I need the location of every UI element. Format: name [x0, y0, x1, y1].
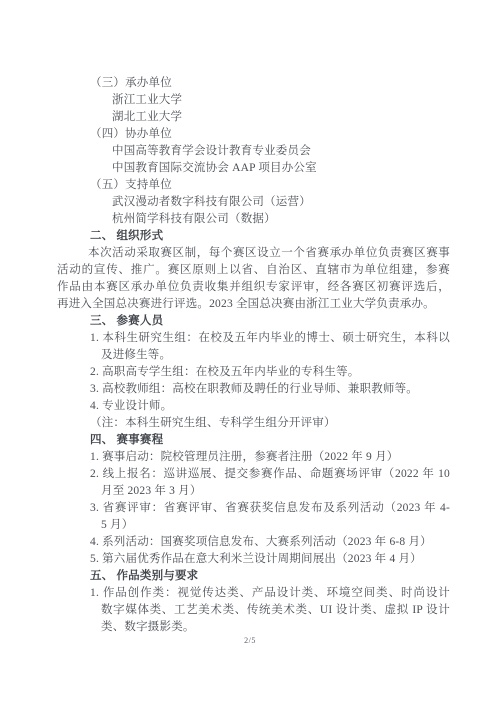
- text-line: 3. 省赛评审：省赛评审、省赛获奖信息发布及系列活动（2023 年 4-: [90, 500, 450, 517]
- text-line: （五）支持单位: [90, 177, 450, 194]
- text-line: 杭州简学科技有限公司（数据）: [112, 211, 450, 228]
- text-line: 中国高等教育学会设计教育专业委员会: [112, 143, 450, 160]
- text-line: 5. 第六届优秀作品在意大利米兰设计周期间展出（2023 年 4 月）: [90, 551, 450, 568]
- text-line: 2. 高职高专学生组：在校及五年内毕业的专科生等。: [90, 364, 450, 381]
- page-number: 2/5: [0, 636, 500, 645]
- text-line: （三）承办单位: [90, 75, 450, 92]
- text-line: 及进修生等。: [101, 347, 450, 364]
- document-body: （三）承办单位浙江工业大学湖北工业大学（四）协办单位中国高等教育学会设计教育专业…: [57, 75, 450, 636]
- text-line: 再进入全国总决赛进行评选。2023 全国总决赛由浙江工业大学负责承办。: [57, 296, 450, 313]
- text-line: （注：本科生研究生组、专科学生组分开评审）: [90, 415, 450, 432]
- text-line: 类、数字摄影类。: [101, 619, 450, 636]
- text-line: 1. 本科生研究生组：在校及五年内毕业的博士、硕士研究生，本科以: [90, 330, 450, 347]
- text-line: 3. 高校教师组：高校在职教师及聘任的行业导师、兼职教师等。: [90, 381, 450, 398]
- text-line: 武汉漫动者数字科技有限公司（运营）: [112, 194, 450, 211]
- text-line: 三、 参赛人员: [90, 313, 450, 330]
- text-line: 二、 组织形式: [90, 228, 450, 245]
- text-line: 1. 作品创作类：视觉传达类、产品设计类、环境空间类、时尚设计类、: [90, 585, 450, 602]
- text-line: 4. 专业设计师。: [90, 398, 450, 415]
- text-line: （四）协办单位: [90, 126, 450, 143]
- text-line: 四、 赛事赛程: [90, 432, 450, 449]
- text-line: 数字媒体类、工艺美术类、传统美术类、UI 设计类、虚拟 IP 设计: [101, 602, 450, 619]
- text-line: 2. 线上报名：巡讲巡展、提交参赛作品、命题赛场评审（2022 年 10: [90, 466, 450, 483]
- text-line: 月至 2023 年 3 月）: [101, 483, 450, 500]
- text-line: 4. 系列活动：国赛奖项信息发布、大赛系列活动（2023 年 6-8 月）: [90, 534, 450, 551]
- text-line: 本次活动采取赛区制，每个赛区设立一个省赛承办单位负责赛区赛事: [88, 245, 450, 262]
- text-line: 浙江工业大学: [112, 92, 450, 109]
- text-line: 作品由本赛区承办单位负责收集并组织专家评审，经各赛区初赛评选后，: [57, 279, 450, 296]
- text-line: 1. 赛事启动：院校管理员注册，参赛者注册（2022 年 9 月）: [90, 449, 450, 466]
- text-line: 活动的宣传、推广。赛区原则上以省、自治区、直辖市为单位组建，参赛: [57, 262, 450, 279]
- text-line: 中国教育国际交流协会 AAP 项目办公室: [112, 160, 450, 177]
- text-line: 湖北工业大学: [112, 109, 450, 126]
- text-line: 五、 作品类别与要求: [90, 568, 450, 585]
- document-page: （三）承办单位浙江工业大学湖北工业大学（四）协办单位中国高等教育学会设计教育专业…: [0, 0, 500, 708]
- text-line: 5 月）: [101, 517, 450, 534]
